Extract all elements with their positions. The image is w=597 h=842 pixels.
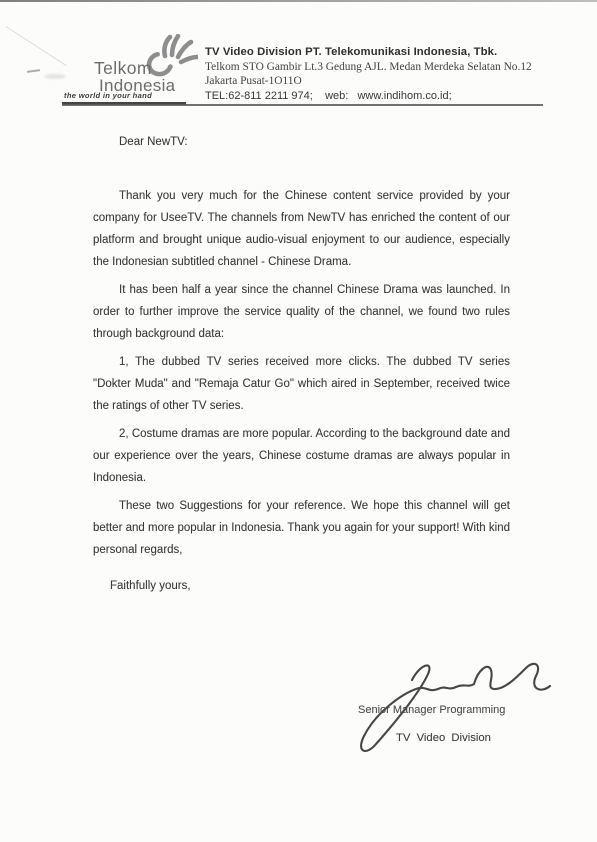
scanned-letter-page: Telkom Indonesia the world in your hand … xyxy=(0,0,597,842)
paragraph-3: 1, The dubbed TV series received more cl… xyxy=(93,351,510,417)
paragraph-2: It has been half a year since the channe… xyxy=(93,279,510,345)
scan-smudge-artifact xyxy=(44,74,66,79)
letterhead-divider xyxy=(62,104,543,106)
paragraph-4: 2, Costume dramas are more popular. Acco… xyxy=(93,423,510,489)
signature-block: Senior Manager Programming TV Video Divi… xyxy=(350,656,568,766)
closing-line: Faithfully yours, xyxy=(93,575,510,597)
address-line-2: Jakarta Pusat-1O11O xyxy=(205,74,565,89)
hand-globe-icon xyxy=(144,34,198,78)
paragraph-5: These two Suggestions for your reference… xyxy=(93,495,510,561)
contact-line: TEL:62-811 2211 974; web: www.indihom.co… xyxy=(205,89,565,104)
signer-title: Senior Manager Programming xyxy=(358,704,505,716)
logo-tagline: the world in your hand xyxy=(64,91,152,100)
scan-edge-artifact xyxy=(0,0,597,2)
division-line: TV Video Division PT. Telekomunikasi Ind… xyxy=(205,45,565,60)
salutation: Dear NewTV: xyxy=(93,131,510,153)
address-line-1: Telkom STO Gambir Lt.3 Gedung AJL. Medan… xyxy=(205,60,565,75)
scan-scratch-artifact xyxy=(6,26,67,66)
paragraph-1: Thank you very much for the Chinese cont… xyxy=(93,185,510,273)
scan-dash-artifact xyxy=(27,69,40,73)
letter-body: Dear NewTV: Thank you very much for the … xyxy=(93,131,510,597)
letterhead-text-block: TV Video Division PT. Telekomunikasi Ind… xyxy=(205,45,565,103)
signer-division: TV Video Division xyxy=(396,732,491,744)
